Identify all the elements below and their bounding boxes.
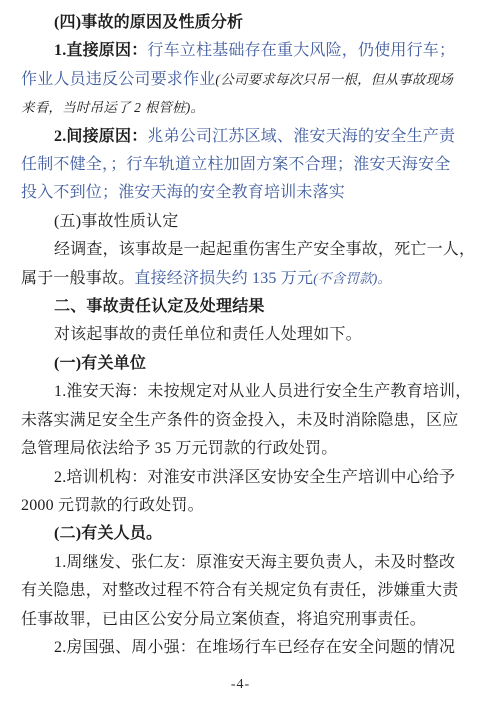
label-indirect-cause: 2.间接原因： xyxy=(54,128,147,145)
heading-cause-analysis: (四)事故的原因及性质分析 xyxy=(21,9,461,37)
text-segment: 未落实满足安全生产条件的资金投入，未及时消除隐患，区应 xyxy=(21,412,458,429)
text-segment: 对该起事故的责任单位和责任人处理如下。 xyxy=(54,326,362,343)
paragraph-line: 2.房国强、周小强：在堆场行车已经存在安全问题的情况 xyxy=(21,634,461,662)
heading-related-persons: (二)有关人员。 xyxy=(21,520,461,548)
paragraph-line: 来看，当时吊运了 2 根管桩)。 xyxy=(21,94,461,122)
text-segment-loss: 直接经济损失约 135 万元 xyxy=(134,270,313,287)
paragraph-line: 任制不健全，；行车轨道立柱加固方案不合理；淮安天海安全 xyxy=(21,151,461,179)
paragraph-line: 未落实满足安全生产条件的资金投入，未及时消除隐患，区应 xyxy=(21,407,461,435)
heading-accident-nature: (五)事故性质认定 xyxy=(21,208,461,236)
text-segment: 1.周继发、张仁友：原淮安天海主要负责人，未及时整改 xyxy=(54,554,455,571)
label-direct-cause: 1.直接原因： xyxy=(54,42,147,59)
page-number: -4- xyxy=(0,677,481,693)
paragraph-line: 1.周继发、张仁友：原淮安天海主要负责人，未及时整改 xyxy=(21,549,461,577)
text-segment: 1.淮安天海：未按规定对从业人员进行安全生产教育培训， xyxy=(54,383,471,400)
text-segment: 作业人员违反公司要求作业 xyxy=(21,71,215,88)
heading-text: (一)有关单位 xyxy=(54,355,146,372)
text-segment: 急管理局依法给予 35 万元罚款的行政处罚。 xyxy=(21,440,337,457)
text-segment: 行车立柱基础存在重大风险，仍使用行车； xyxy=(147,42,455,59)
paragraph-line: 对该起事故的责任单位和责任人处理如下。 xyxy=(21,321,461,349)
paragraph-line: 作业人员违反公司要求作业(公司要求每次只吊一根，但从事故现场 xyxy=(21,66,461,94)
text-segment: 2.房国强、周小强：在堆场行车已经存在安全问题的情况 xyxy=(54,639,455,656)
text-segment-note: (公司要求每次只吊一根，但从事故现场 xyxy=(215,72,453,87)
heading-responsibility: 二、事故责任认定及处理结果 xyxy=(21,293,461,321)
document-page: (四)事故的原因及性质分析 1.直接原因：行车立柱基础存在重大风险，仍使用行车；… xyxy=(0,0,481,706)
text-segment: (五)事故性质认定 xyxy=(54,213,178,230)
paragraph-line: 1.淮安天海：未按规定对从业人员进行安全生产教育培训， xyxy=(21,378,461,406)
text-segment-note: (不含罚款)。 xyxy=(313,271,391,286)
paragraph-line: 经调查，该事故是一起起重伤害生产安全事故，死亡一人， xyxy=(21,236,461,264)
paragraph-line: 2.培训机构：对淮安市洪泽区安协安全生产培训中心给予 xyxy=(21,464,461,492)
paragraph-line: 任事故罪，已由区公安分局立案侦查，将追究刑事责任。 xyxy=(21,606,461,634)
document-body: (四)事故的原因及性质分析 1.直接原因：行车立柱基础存在重大风险，仍使用行车；… xyxy=(21,9,461,662)
heading-text: 二、事故责任认定及处理结果 xyxy=(54,298,265,315)
paragraph-line: 属于一般事故。直接经济损失约 135 万元(不含罚款)。 xyxy=(21,265,461,293)
text-segment: 任制不健全，；行车轨道立柱加固方案不合理；淮安天海安全 xyxy=(21,156,450,173)
heading-related-units: (一)有关单位 xyxy=(21,350,461,378)
heading-text: (二)有关人员。 xyxy=(54,525,162,542)
text-segment: 属于一般事故。 xyxy=(21,270,134,287)
text-segment: 任事故罪，已由区公安分局立案侦查，将追究刑事责任。 xyxy=(21,611,426,628)
paragraph-direct-cause: 1.直接原因：行车立柱基础存在重大风险，仍使用行车； xyxy=(21,37,461,65)
text-segment: 投入不到位；淮安天海的安全教育培训未落实 xyxy=(21,184,345,201)
text-segment: 经调查，该事故是一起起重伤害生产安全事故，死亡一人， xyxy=(54,241,475,258)
paragraph-line: 急管理局依法给予 35 万元罚款的行政处罚。 xyxy=(21,435,461,463)
text-segment: 2.培训机构：对淮安市洪泽区安协安全生产培训中心给予 xyxy=(54,469,455,486)
heading-text: (四)事故的原因及性质分析 xyxy=(54,14,243,31)
paragraph-line: 2000 元罚款的行政处罚。 xyxy=(21,492,461,520)
text-segment: 2000 元罚款的行政处罚。 xyxy=(21,497,204,514)
text-segment-note: 来看，当时吊运了 2 根管桩)。 xyxy=(21,100,204,115)
text-segment: 兆弟公司江苏区域、淮安天海的安全生产责 xyxy=(147,128,455,145)
paragraph-line: 有关隐患，对整改过程不符合有关规定负有责任，涉嫌重大责 xyxy=(21,577,461,605)
paragraph-line: 投入不到位；淮安天海的安全教育培训未落实 xyxy=(21,179,461,207)
text-segment: 有关隐患，对整改过程不符合有关规定负有责任，涉嫌重大责 xyxy=(21,582,458,599)
paragraph-indirect-cause: 2.间接原因：兆弟公司江苏区域、淮安天海的安全生产责 xyxy=(21,123,461,151)
